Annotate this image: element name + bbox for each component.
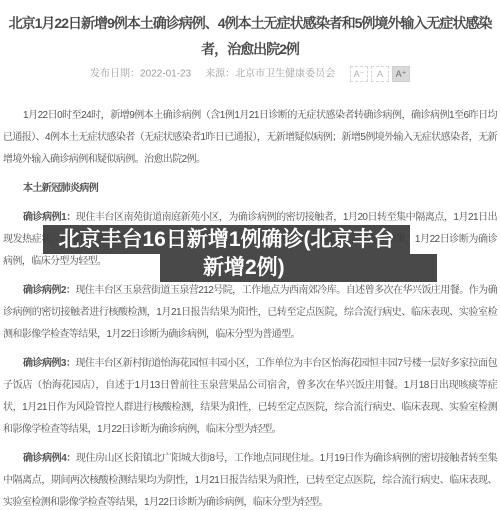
article-meta: 发布日期：2022-01-23来源：北京市卫生健康委员会 A⁻ A A⁺: [0, 66, 500, 83]
case-label-4: 确诊病例4：: [23, 453, 76, 464]
case-paragraph-4: 确诊病例4：现住房山区长阳镇北广阳城大街8号，工作地点同现住址。1月19日作为确…: [3, 448, 497, 510]
case-label-3: 确诊病例3：: [23, 358, 75, 369]
font-size-controls: A⁻ A A⁺: [350, 66, 410, 82]
source-label: 来源：: [205, 69, 235, 80]
publish-date-label: 发布日期：: [90, 69, 140, 80]
case-label-2: 确诊病例2：: [23, 285, 75, 296]
source-value: 北京市卫生健康委员会: [235, 69, 335, 80]
case-text-4: 现住房山区长阳镇北广阳城大街8号，工作地点同现住址。1月19日作为确诊病例的密切…: [3, 453, 497, 508]
case-paragraph-2: 确诊病例2：现住丰台区玉泉营街道玉泉营212号院，工作地点为西南郊冷库。自述曾多…: [3, 280, 497, 346]
section-heading: 本土新冠肺炎病例: [3, 178, 497, 200]
case-text-2: 现住丰台区玉泉营街道玉泉营212号院，工作地点为西南郊冷库。自述曾多次在华兴饭庄…: [3, 285, 497, 340]
popup-headline-line2[interactable]: 新增2例): [160, 254, 437, 282]
case-text-3: 现住丰台区新村街道怡海花园恒丰园小区，工作单位为丰台区怡海花园恒丰园7号楼一层好…: [3, 358, 497, 435]
case-paragraph-3: 确诊病例3：现住丰台区新村街道怡海花园恒丰园小区，工作单位为丰台区怡海花园恒丰园…: [3, 353, 497, 441]
font-increase-button[interactable]: A⁺: [392, 66, 410, 82]
publish-date-value: 2022-01-23: [140, 69, 191, 80]
intro-paragraph: 1月22日0时至24时，新增9例本土确诊病例（含1例1月21日诊断的无症状感染者…: [3, 105, 497, 171]
popup-headline-line1[interactable]: 北京丰台16日新增1例确诊(北京丰台: [43, 225, 410, 254]
article-body: 1月22日0时至24时，新增9例本土确诊病例（含1例1月21日诊断的无症状感染者…: [3, 105, 497, 510]
article-title: 北京1月22日新增9例本土确诊病例、4例本土无症状感染者和5例境外输入无症状感染…: [0, 0, 500, 62]
font-decrease-button[interactable]: A⁻: [350, 66, 368, 82]
article-page: 北京1月22日新增9例本土确诊病例、4例本土无症状感染者和5例境外输入无症状感染…: [0, 0, 500, 510]
case-label-1: 确诊病例1：: [23, 212, 76, 223]
font-normal-button[interactable]: A: [371, 66, 389, 82]
